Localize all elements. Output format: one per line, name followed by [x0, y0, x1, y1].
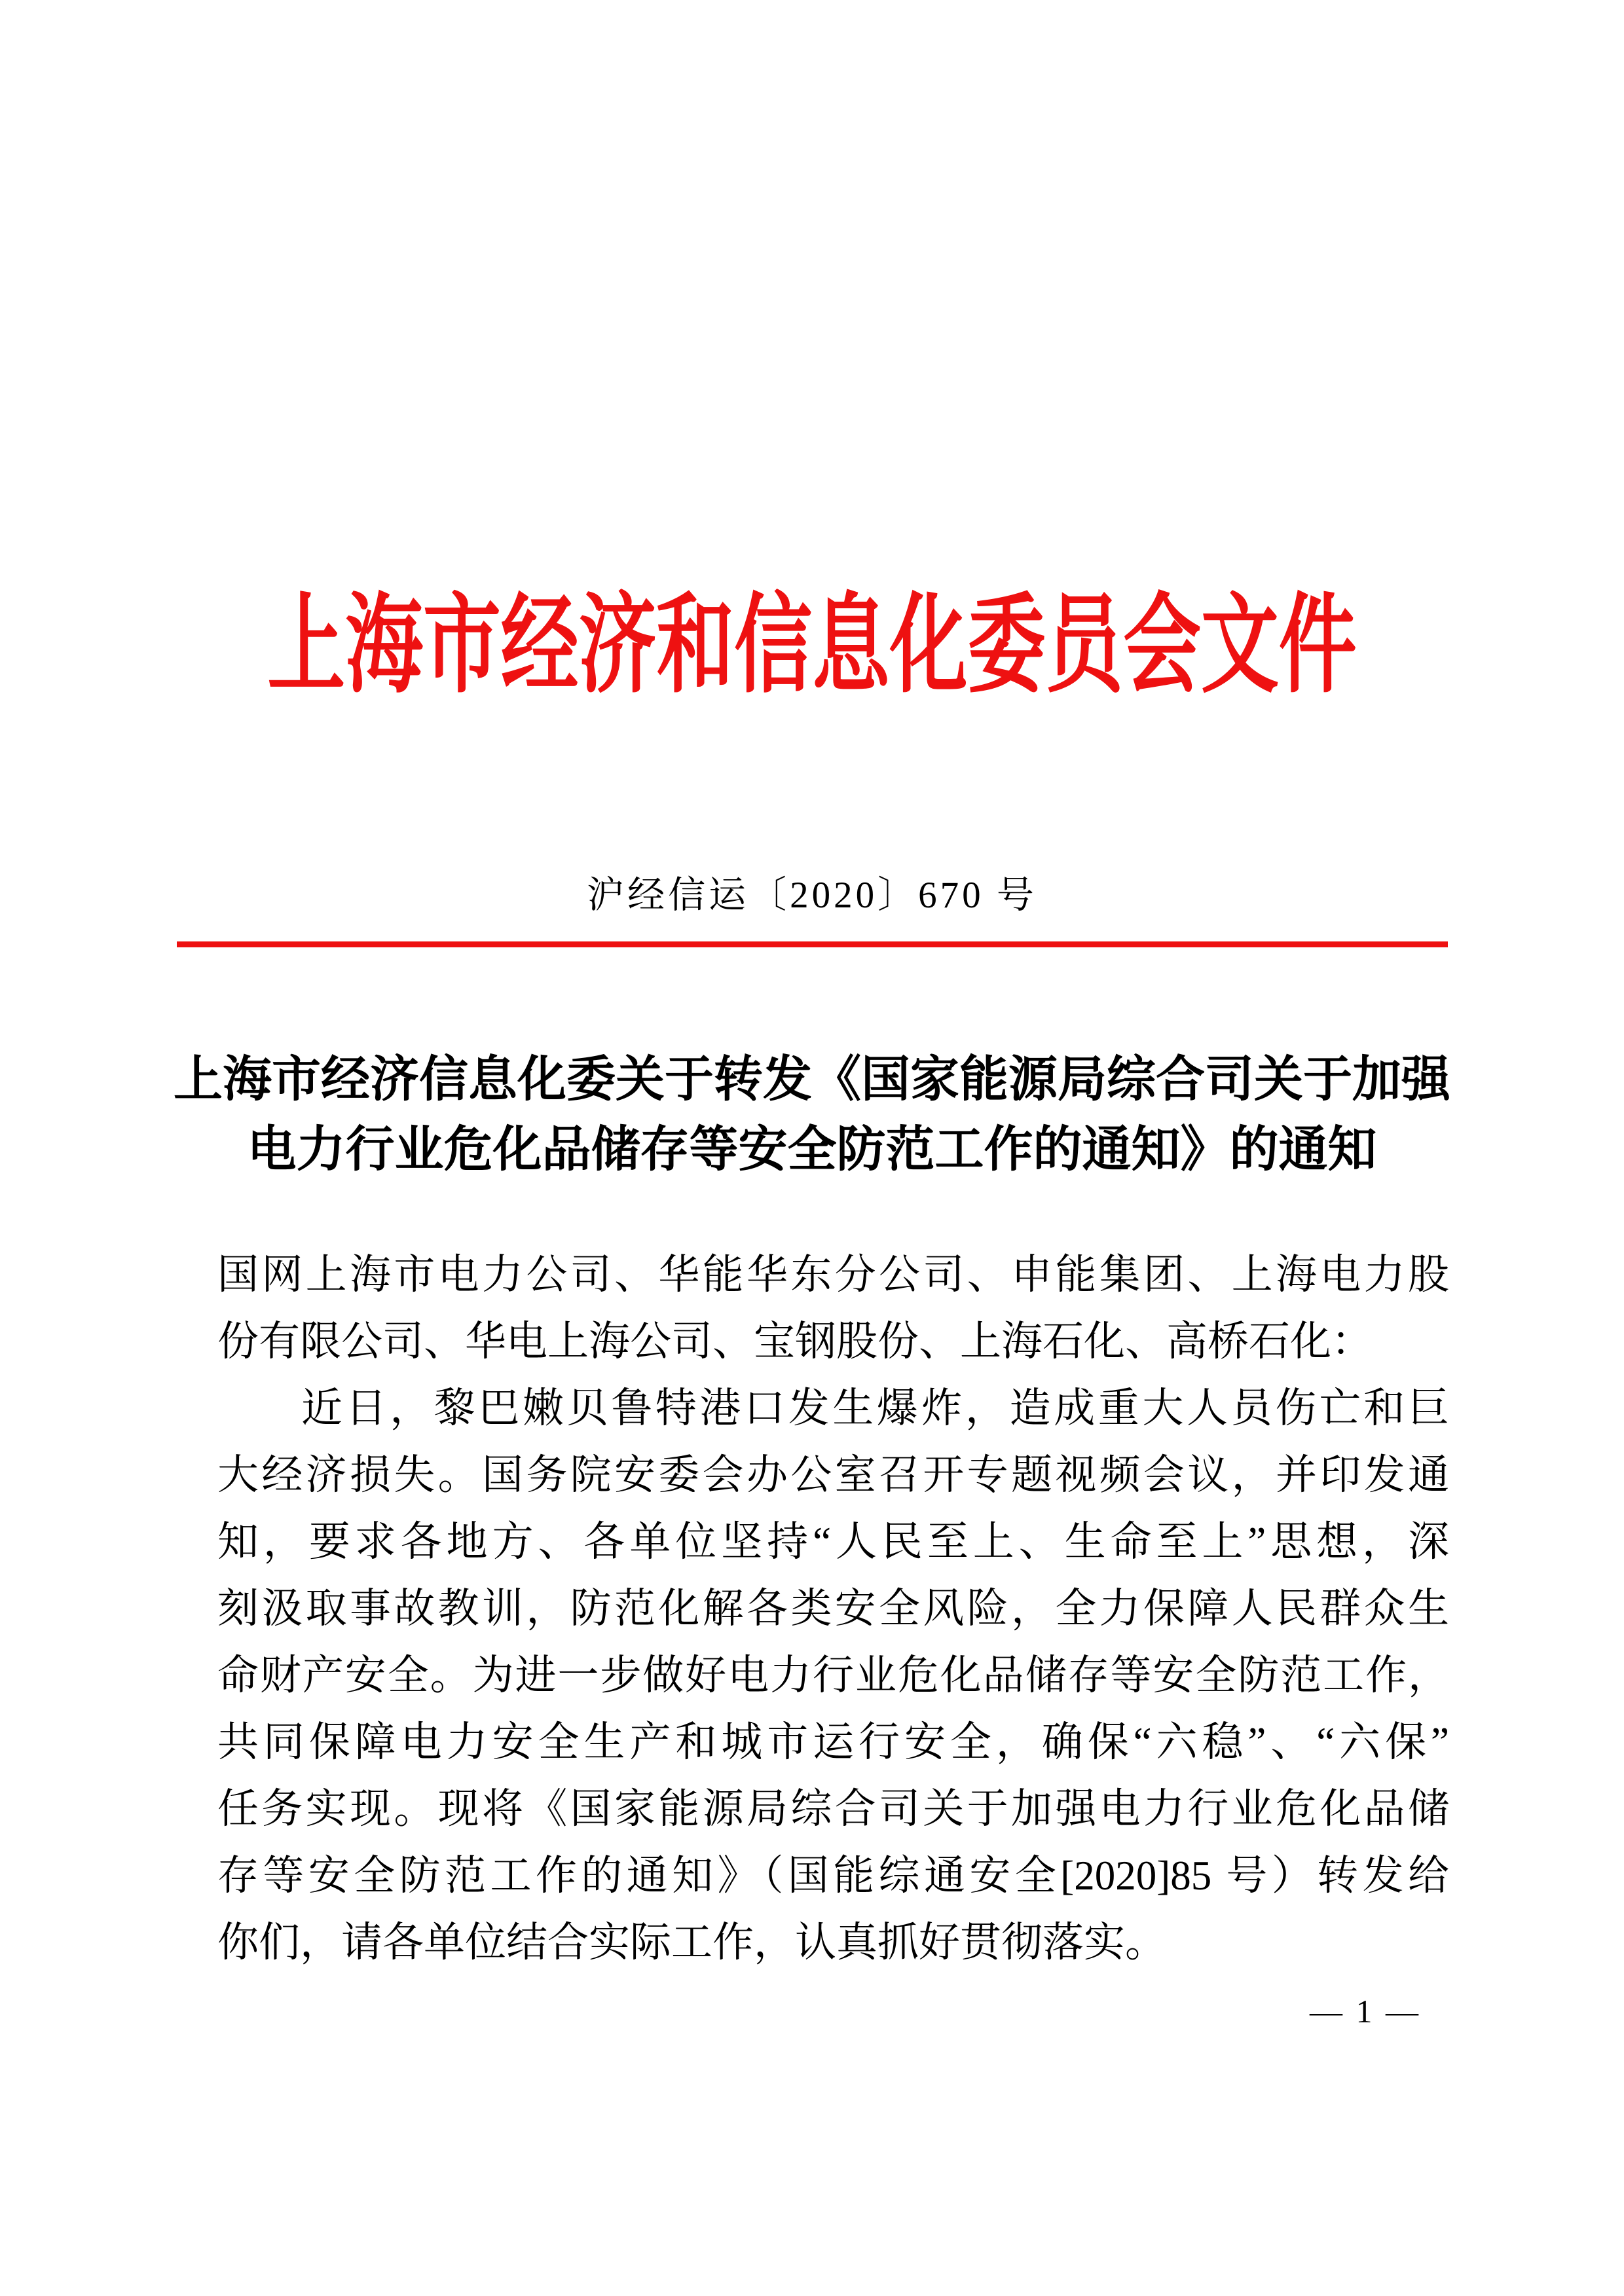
- body-line: 份有限公司、华电上海公司、宝钢股份、上海石化、高桥石化：: [217, 1308, 1449, 1375]
- body-line: 你们，请各单位结合实际工作，认真抓好贯彻落实。: [217, 1909, 1449, 1976]
- red-divider-line: [177, 941, 1448, 947]
- document-title-line-2: 电力行业危化品储存等安全防范工作的通知》的通知: [0, 1115, 1624, 1185]
- page-number: — 1 —: [1310, 1992, 1421, 2031]
- document-title-line-1: 上海市经济信息化委关于转发《国家能源局综合司关于加强: [0, 1045, 1624, 1115]
- document-page: 上海市经济和信息化委员会文件 沪经信运〔2020〕670 号 上海市经济信息化委…: [0, 0, 1624, 2296]
- body-line: 近日，黎巴嫩贝鲁特港口发生爆炸，造成重大人员伤亡和巨: [217, 1375, 1449, 1442]
- agency-header: 上海市经济和信息化委员会文件: [0, 581, 1624, 712]
- body-line: 任务实现。现将《国家能源局综合司关于加强电力行业危化品储: [217, 1776, 1449, 1842]
- agency-header-text: 上海市经济和信息化委员会文件: [267, 581, 1356, 712]
- body-line: 共同保障电力安全生产和城市运行安全，确保“六稳”、“六保”: [217, 1709, 1449, 1776]
- body-line: 命财产安全。为进一步做好电力行业危化品储存等安全防范工作，: [217, 1642, 1449, 1709]
- body-line: 存等安全防范工作的通知》（国能综通安全[2020]85 号）转发给: [217, 1842, 1449, 1909]
- body-line: 大经济损失。国务院安委会办公室召开专题视频会议，并印发通: [217, 1442, 1449, 1508]
- document-title: 上海市经济信息化委关于转发《国家能源局综合司关于加强 电力行业危化品储存等安全防…: [0, 1045, 1624, 1185]
- body-line: 知，要求各地方、各单位坚持“人民至上、生命至上”思想，深: [217, 1508, 1449, 1575]
- body-line: 国网上海市电力公司、华能华东分公司、申能集团、上海电力股: [217, 1241, 1449, 1308]
- body-line: 刻汲取事故教训，防范化解各类安全风险，全力保障人民群众生: [217, 1575, 1449, 1642]
- document-number: 沪经信运〔2020〕670 号: [0, 871, 1624, 920]
- document-body: 国网上海市电力公司、华能华东分公司、申能集团、上海电力股 份有限公司、华电上海公…: [217, 1241, 1449, 1976]
